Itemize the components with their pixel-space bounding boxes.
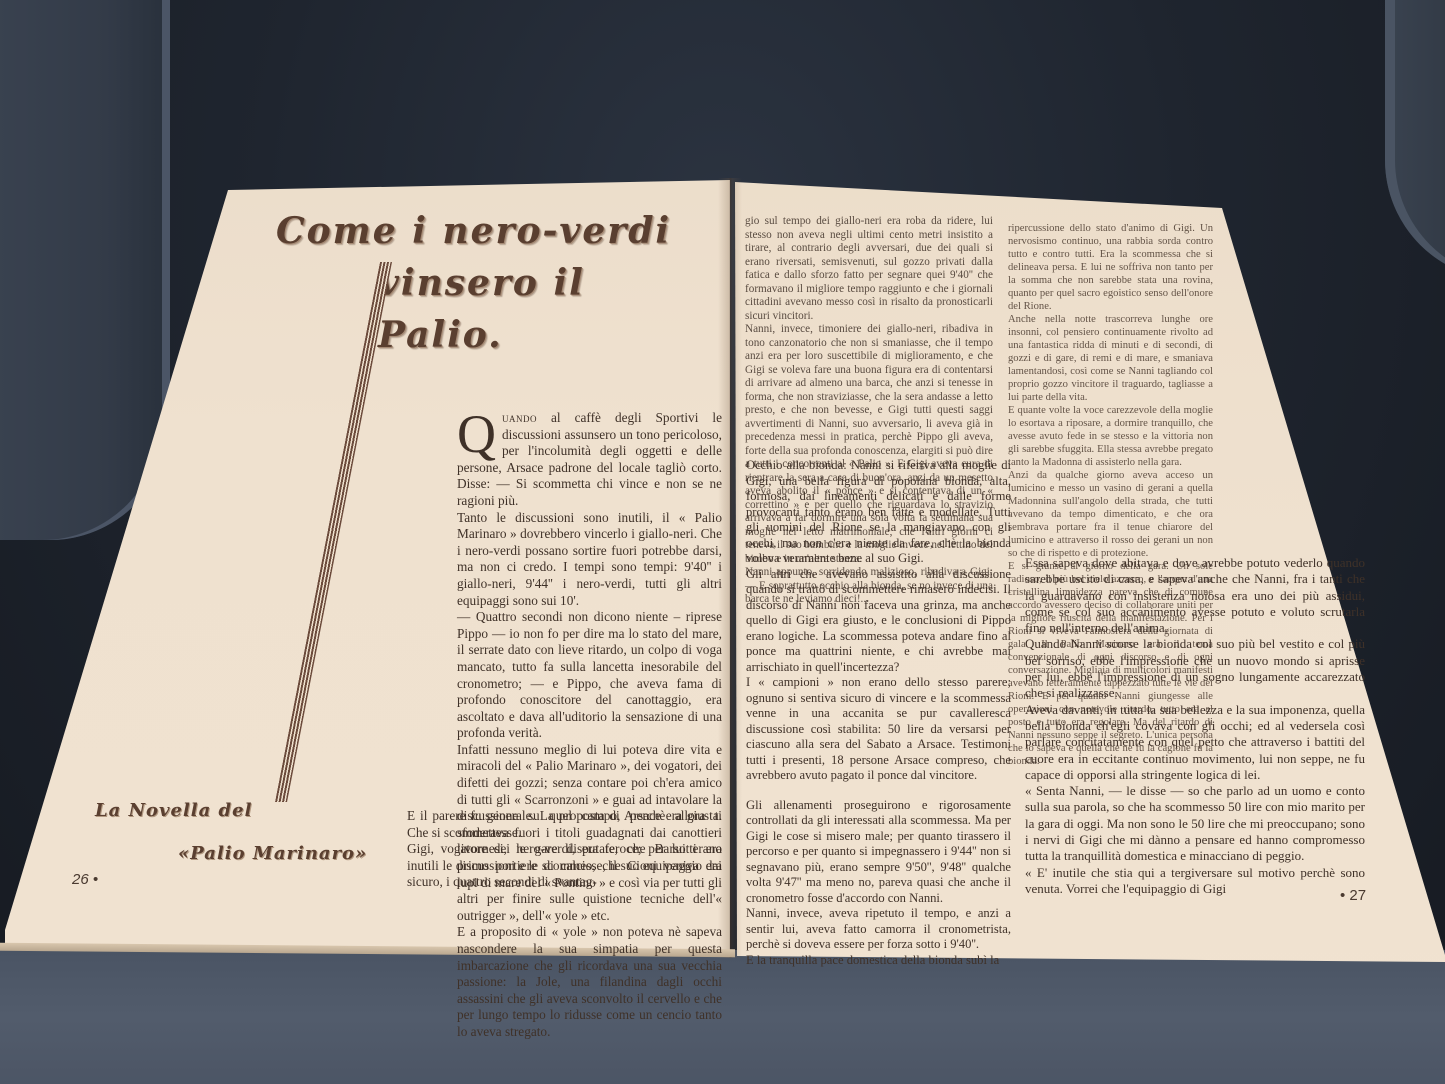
subtitle-line-2: «Palio Marinaro» <box>178 843 367 864</box>
paragraph: gio sul tempo dei giallo-neri era roba d… <box>745 215 993 323</box>
paragraph: E la tranquilla pace domestica della bio… <box>746 953 1011 969</box>
paragraph: Quando Nanni scorse la bionda col suo pi… <box>1025 636 1365 701</box>
background-bag-left <box>0 0 170 540</box>
paragraph: Anzi da qualche giorno aveva acceso un l… <box>1008 469 1213 560</box>
paragraph: Occhio alla bionda: Nanni si riferiva al… <box>746 458 1011 567</box>
subtitle-line-1: La Novella del <box>95 800 252 821</box>
drop-cap: Q <box>457 412 496 456</box>
page-number-left: 26 • <box>72 871 98 888</box>
paragraph: Gli altri che avevano assistito alla dis… <box>746 567 1011 676</box>
paragraph: — Quattro secondi non dicono niente – ri… <box>457 609 722 742</box>
paragraph: Aveva davanti, in tutta la sua bellezza … <box>1025 702 1365 783</box>
right-page-column-1-lower: Occhio alla bionda: Nanni si riferiva al… <box>746 458 1011 968</box>
left-column-bottom-text: E il parere fu generale. La proposta di … <box>407 808 722 891</box>
title-line-1: Come i nero-verdi <box>270 205 720 257</box>
right-page-column-2-lower: Essa sapeva dove abitava e dove avrebbe … <box>1025 555 1365 897</box>
paragraph: I « campioni » non erano dello stesso pa… <box>746 675 1011 784</box>
table-surface <box>0 950 1445 1084</box>
paragraph: ripercussione dello stato d'animo di Gig… <box>1008 222 1213 313</box>
paragraph: Nanni, invece, aveva ripetuto il tempo, … <box>746 906 1011 953</box>
paragraph: Gli allenamenti proseguirono e rigorosam… <box>746 798 1011 907</box>
paragraph: Anche nella notte trascorreva lunghe ore… <box>1008 313 1213 404</box>
smallcaps-intro: uando <box>502 410 537 425</box>
paragraph: Quando al caffè degli Sportivi le discus… <box>457 410 722 510</box>
paragraph: E il parere fu generale. La proposta di … <box>407 808 722 841</box>
title-line-2: vinsero il Palio. <box>270 257 720 361</box>
paragraph: Tanto le discussioni sono inutili, il « … <box>457 510 722 610</box>
paragraph: Essa sapeva dove abitava e dove avrebbe … <box>1025 555 1365 636</box>
paragraph: « Senta Nanni, — le disse — so che parlo… <box>1025 783 1365 864</box>
paragraph: E a proposito di « yole » non poteva nè … <box>457 924 722 1040</box>
article-title: Come i nero-verdi vinsero il Palio. <box>270 205 720 361</box>
paragraph: Gigi, vogatore dei nero-verdi, era feroc… <box>407 841 722 891</box>
left-column-text: Quando al caffè degli Sportivi le discus… <box>457 410 722 1041</box>
page-number-right: • 27 <box>1340 887 1366 904</box>
background-bag-right <box>1385 0 1445 280</box>
paragraph: E quante volte la voce carezzevole della… <box>1008 404 1213 469</box>
paragraph: « E' inutile che stia qui a tergiversare… <box>1025 865 1365 898</box>
